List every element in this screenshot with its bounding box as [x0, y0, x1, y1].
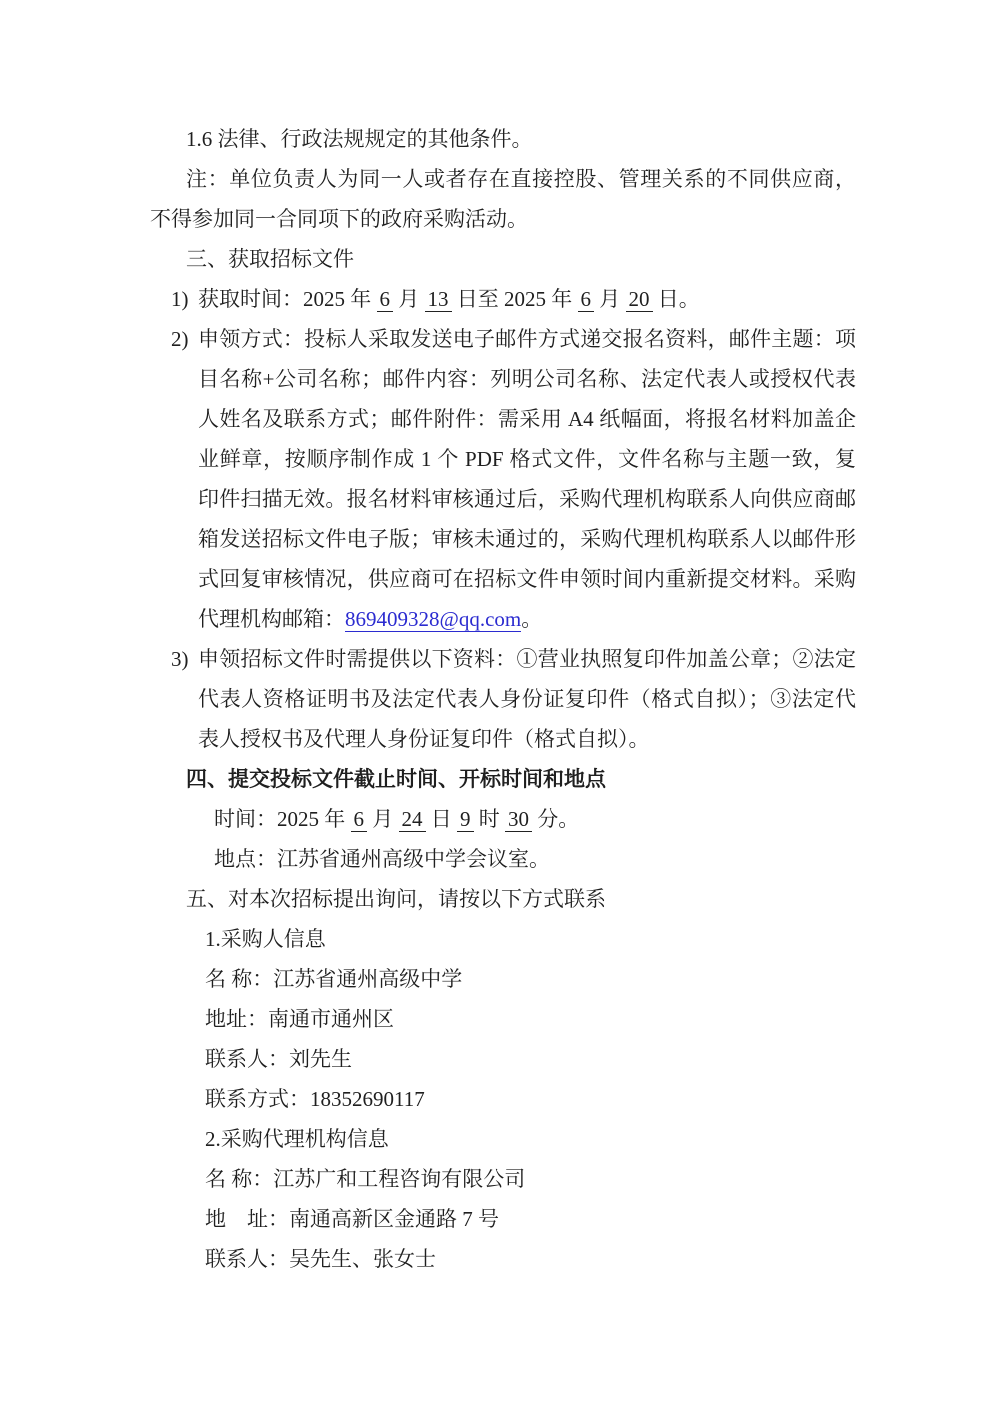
text-run: 分。 — [532, 807, 579, 831]
list-item-1-number: 1) — [171, 279, 189, 319]
text-run: 月 — [594, 287, 626, 311]
agency-contact-line: 联系人：吴先生、张女士 — [150, 1239, 856, 1279]
text-run: 申领方式：投标人采取发送电子邮件方式递交报名资料，邮件主题：项目名称+公司名称；… — [198, 327, 856, 631]
section-4-heading: 四、提交投标文件截止时间、开标时间和地点 — [150, 759, 856, 799]
clause-1-6: 1.6 法律、行政法规规定的其他条件。 — [150, 119, 856, 159]
agency-info-title: 2.采购代理机构信息 — [150, 1119, 856, 1159]
list-item-2-number: 2) — [171, 319, 189, 359]
note-paragraph: 注：单位负责人为同一人或者存在直接控股、管理关系的不同供应商，不得参加同一合同项… — [150, 159, 856, 239]
purchaser-info-title: 1.采购人信息 — [150, 919, 856, 959]
text-run: 时间：2025 年 — [214, 807, 351, 831]
text-run: 时 — [474, 807, 506, 831]
agency-address-line: 地 址：南通高新区金通路 7 号 — [150, 1199, 856, 1239]
underlined-value: 9 — [457, 807, 474, 832]
list-item-3-required-documents: 3)申领招标文件时需提供以下资料：①营业执照复印件加盖公章；②法定代表人资格证明… — [150, 639, 856, 759]
opening-place-line: 地点：江苏省通州高级中学会议室。 — [150, 839, 856, 879]
text-run: 月 — [367, 807, 399, 831]
document-page: 1.6 法律、行政法规规定的其他条件。 注：单位负责人为同一人或者存在直接控股、… — [150, 119, 856, 1279]
underlined-value: 24 — [399, 807, 426, 832]
text-run: 月 — [393, 287, 425, 311]
underlined-value: 20 — [626, 287, 653, 312]
section-3-heading: 三、获取招标文件 — [150, 239, 856, 279]
purchaser-name-line: 名 称：江苏省通州高级中学 — [150, 959, 856, 999]
list-item-2-application-method: 2)申领方式：投标人采取发送电子邮件方式递交报名资料，邮件主题：项目名称+公司名… — [150, 319, 856, 639]
underlined-value: 13 — [425, 287, 452, 312]
underlined-value: 6 — [578, 287, 595, 312]
underlined-value: 6 — [351, 807, 368, 832]
agency-name-line: 名 称：江苏广和工程咨询有限公司 — [150, 1159, 856, 1199]
text-run: 。 — [521, 607, 542, 631]
text-run: 日。 — [653, 287, 700, 311]
list-item-1-obtain-time: 1)获取时间：2025 年 6 月 13 日至 2025 年 6 月 20 日。 — [150, 279, 856, 319]
list-item-3-number: 3) — [171, 639, 189, 679]
section-5-heading: 五、对本次招标提出询问，请按以下方式联系 — [150, 879, 856, 919]
deadline-time-line: 时间：2025 年 6 月 24 日 9 时 30 分。 — [150, 799, 856, 839]
purchaser-contact-line: 联系人：刘先生 — [150, 1039, 856, 1079]
purchaser-phone-line: 联系方式：18352690117 — [150, 1079, 856, 1119]
purchaser-address-line: 地址：南通市通州区 — [150, 999, 856, 1039]
underlined-value: 30 — [505, 807, 532, 832]
underlined-value: 6 — [377, 287, 394, 312]
text-run: 日 — [426, 807, 458, 831]
text-run: 申领招标文件时需提供以下资料：①营业执照复印件加盖公章；②法定代表人资格证明书及… — [198, 647, 856, 751]
text-run: 日至 2025 年 — [452, 287, 578, 311]
text-run: 获取时间：2025 年 — [198, 287, 377, 311]
email-link[interactable]: 869409328@qq.com — [345, 607, 521, 632]
